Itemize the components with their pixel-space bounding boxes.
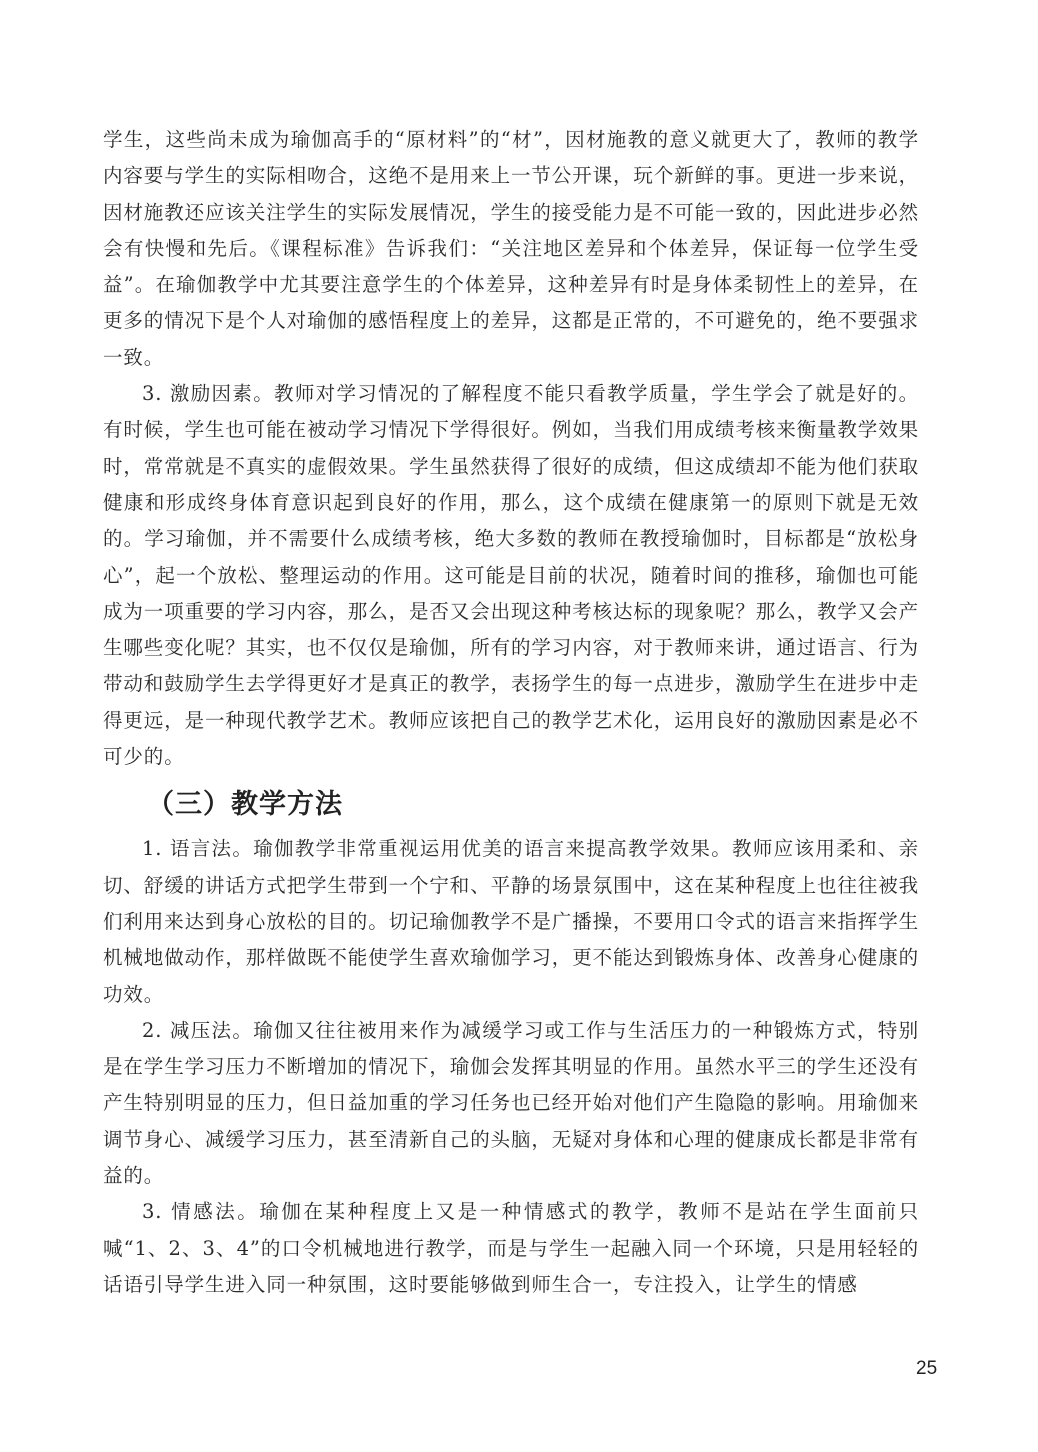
paragraph-motivation-factors: 3. 激励因素。教师对学习情况的了解程度不能只看教学质量，学生学会了就是好的。有… (103, 376, 919, 775)
paragraph-stress-relief-method: 2. 减压法。瑜伽又往往被用来作为减缓学习或工作与生活压力的一种锻炼方式，特别是… (103, 1013, 919, 1194)
paragraph-emotion-method: 3. 情感法。瑜伽在某种程度上又是一种情感式的教学，教师不是站在学生面前只喊“1… (103, 1194, 919, 1303)
page-body: 学生，这些尚未成为瑜伽高手的“原材料”的“材”，因材施教的意义就更大了，教师的教… (103, 122, 919, 1303)
page-number: 25 (916, 1358, 937, 1380)
section-heading-teaching-methods: （三）教学方法 (103, 781, 919, 829)
paragraph-continuation: 学生，这些尚未成为瑜伽高手的“原材料”的“材”，因材施教的意义就更大了，教师的教… (103, 122, 919, 376)
paragraph-language-method: 1. 语言法。瑜伽教学非常重视运用优美的语言来提高教学效果。教师应该用柔和、亲切… (103, 831, 919, 1012)
